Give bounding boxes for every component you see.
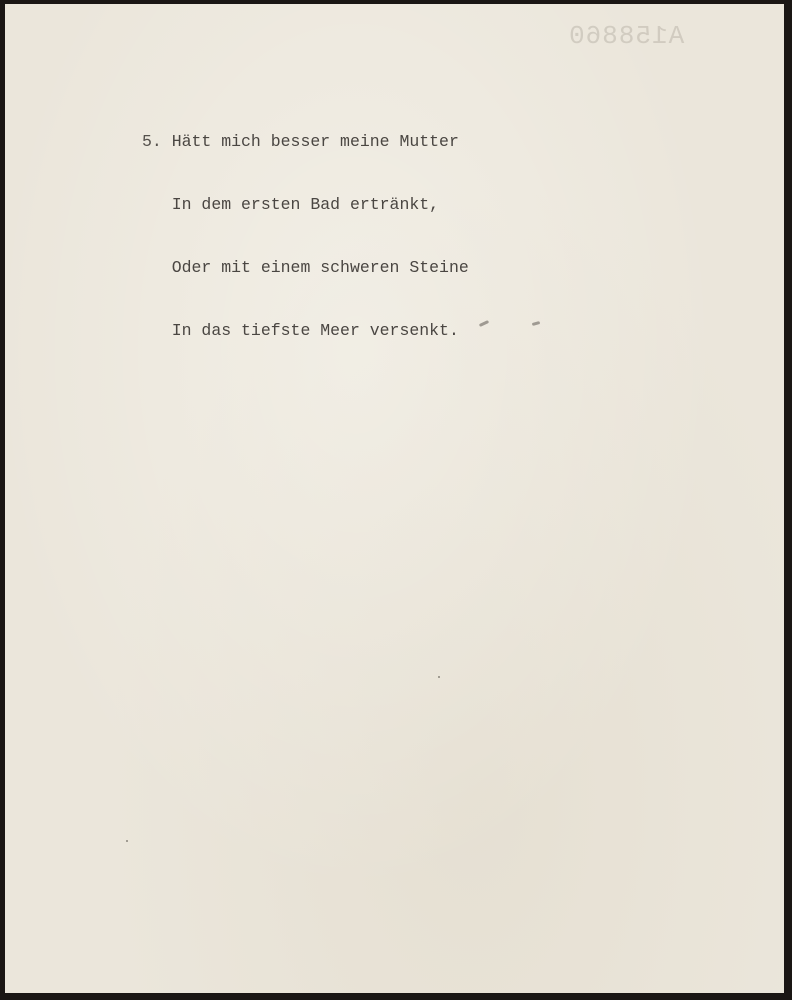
poem-stanza: 5. Hätt mich besser meine Mutter In dem … — [142, 89, 469, 383]
poem-line-4: In das tiefste Meer versenkt. — [142, 320, 469, 341]
poem-line-2: In dem ersten Bad ertränkt, — [142, 194, 469, 215]
document-page: A158860 5. Hätt mich besser meine Mutter… — [5, 4, 784, 993]
ink-smudge — [479, 320, 489, 327]
poem-line-3: Oder mit einem schweren Steine — [142, 257, 469, 278]
stanza-number: 5. — [142, 132, 162, 151]
ink-smudge — [532, 321, 541, 326]
poem-line-1: 5. Hätt mich besser meine Mutter — [142, 131, 469, 152]
paper-speck — [126, 840, 128, 842]
archive-stamp: A158860 — [568, 21, 684, 51]
paper-speck — [438, 676, 440, 678]
